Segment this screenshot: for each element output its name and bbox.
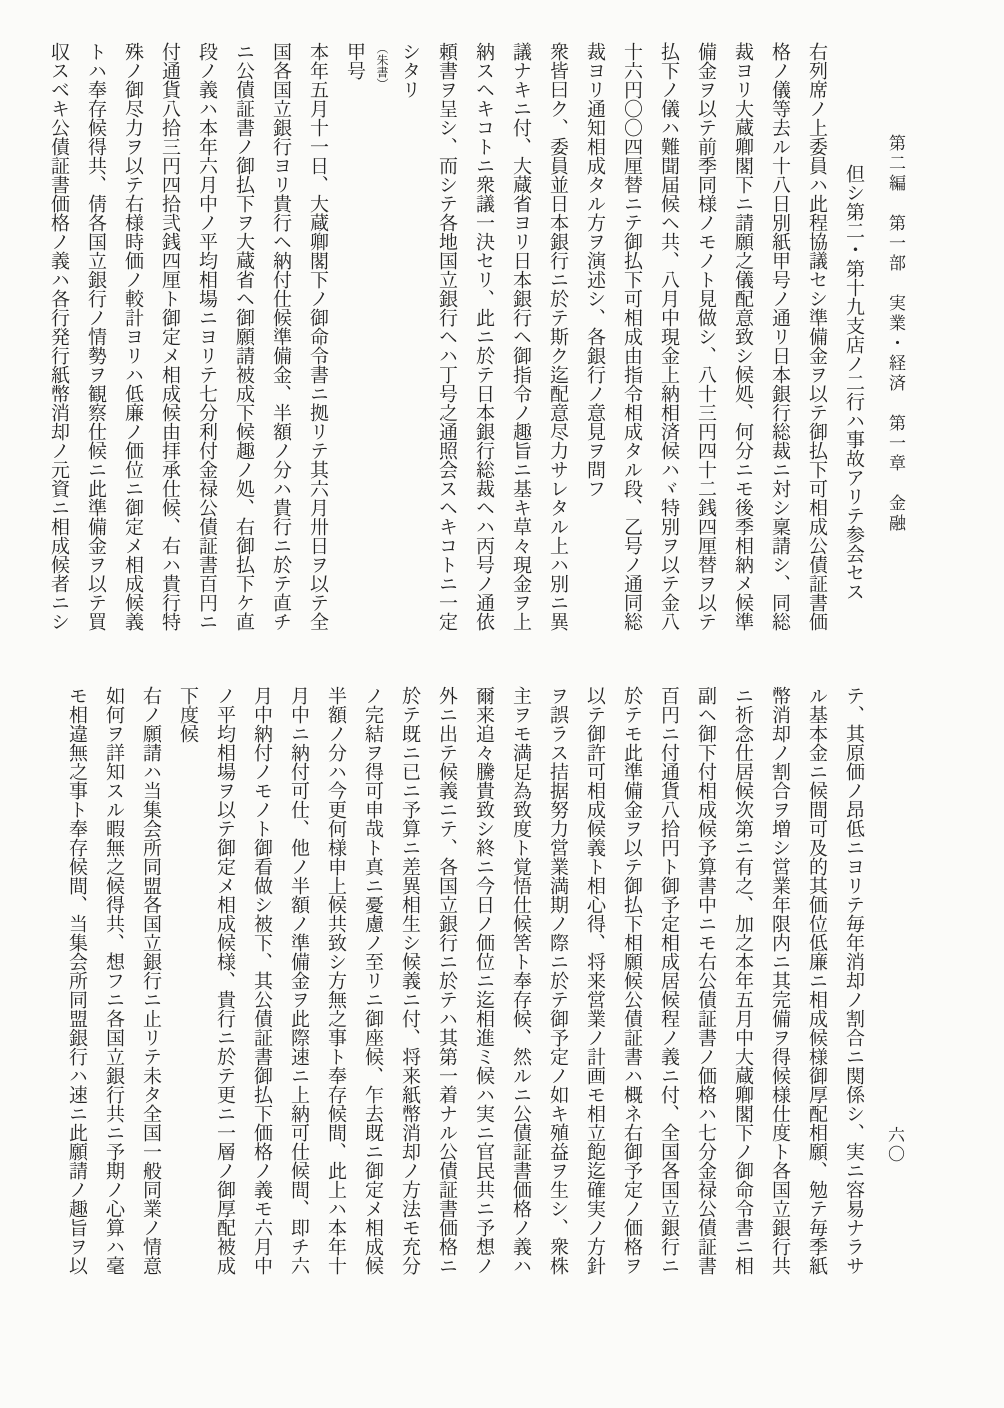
text-column: 如何ヲ詳知スル暇無之候得共、想フニ各国立銀行共ニ予期ノ心算ハ毫 — [95, 686, 132, 1311]
text-column: モ相違無之事ト奉存候間、当集会所同盟銀行ハ速ニ此願請ノ趣旨ヲ以 — [58, 686, 95, 1311]
text-column: 議ナキニ付、大蔵省ヨリ日本銀行ヘ御指令ノ趣旨ニ基キ草々現金ヲ上 — [502, 42, 539, 667]
text-column: ノ平均相場ヲ以テ御定メ相成候様、貴行ニ於テ更ニ一層ノ御厚配被成 — [206, 686, 243, 1311]
text-column: 付通貨八拾三円四拾弐銭四厘ト御定メ相成候由拝承仕候、右ハ貴行特 — [151, 42, 188, 667]
text-column: 十六円〇〇四厘替ニテ御払下可相成由指令相成タル段、乙号ノ通同総 — [613, 42, 650, 667]
text-column: 月中ニ納付可仕、他ノ半額ノ準備金ヲ此際速ニ上納可仕候間、即チ六 — [280, 686, 317, 1311]
text-column-heading: 甲号 — [336, 42, 373, 667]
text-column: 裁ヨリ通知相成タル方ヲ演述シ、各銀行ノ意見ヲ問フ — [576, 42, 613, 667]
text-column: 外ニ出テ候義ニテ、各国立銀行ニ於テハ其第一着ナル公債証書価格ニ — [428, 686, 465, 1311]
text-column: 下度候 — [169, 686, 206, 1311]
text-column: ノ完結ヲ得可申哉ト真ニ憂慮ノ至リニ御座候、乍去既ニ御定メ相成候 — [354, 686, 391, 1311]
text-column: 幣消却ノ割合ヲ増シ営業年限内ニ其完備ヲ得候様仕度ト各国立銀行共 — [761, 686, 798, 1311]
text-column: 衆皆曰ク、委員並日本銀行ニ於テ斯ク迄配意尽力サレタル上ハ別ニ異 — [539, 42, 576, 667]
text-column: 本年五月十一日、大蔵卿閣下ノ御命令書ニ拠リテ其六月卅日ヲ以テ全 — [299, 42, 336, 667]
text-column: 百円ニ付通貨八拾円ト御予定相成居候程ノ義ニ付、全国各国立銀行ニ — [650, 686, 687, 1311]
text-column: シタリ — [391, 42, 428, 667]
text-column: 半額ノ分ハ今更何様申上候共致シ方無之事ト奉存候間、此上ハ本年十 — [317, 686, 354, 1311]
text-column: ニ祈念仕居候次第ニ有之、加之本年五月中大蔵卿閣下ノ御命令書ニ相 — [724, 686, 761, 1311]
text-column: 月中納付ノモノト御看做シ被下、其公債証書御払下価格ノ義モ六月中 — [243, 686, 280, 1311]
text-column: 但シ第二・第十九支店ノ二行ハ事故アリテ参会セス — [835, 42, 872, 667]
text-column: ル基本金ニ候間可及的其価位低廉ニ相成候様御厚配相願、勉テ毎季紙 — [798, 686, 835, 1311]
text-column: 右列席ノ上委員ハ此程協議セシ準備金ヲ以テ御払下可相成公債証書価 — [798, 42, 835, 667]
text-column: 段ノ義ハ本年六月中ノ平均相場ニヨリテ七分利付金禄公債証書百円ニ — [188, 42, 225, 667]
running-head: 第二編 第一部 実業・経済 第一章 金融 — [883, 134, 908, 534]
text-column: 払下ノ儀ハ難聞届候ヘ共、八月中現金上納相済候ハヾ特別ヲ以テ金八 — [650, 42, 687, 667]
text-column: 収スベキ公債証書価格ノ義ハ各行発行紙幣消却ノ元資ニ相成候者ニシ — [40, 42, 77, 667]
text-column: 以テ御許可相成候義ト相心得、将来営業ノ計画モ相立飽迄確実ノ方針 — [576, 686, 613, 1311]
text-column: テ、其原価ノ昂低ニヨリテ毎年消却ノ割合ニ関係シ、実ニ容易ナラサ — [835, 686, 872, 1311]
red-note-annotation: （朱書） — [373, 42, 391, 667]
text-column: 於テモ此準備金ヲ以テ御払下相願候公債証書ハ概ネ右御予定ノ価格ヲ — [613, 686, 650, 1311]
text-column: トハ奉存候得共、倩各国立銀行ノ情勢ヲ観察仕候ニ此準備金ヲ以テ買 — [77, 42, 114, 667]
text-column: 殊ノ御尽力ヲ以テ右様時価ノ較計ヨリハ低廉ノ価位ニ御定メ相成候義 — [114, 42, 151, 667]
text-column: 右ノ願請ハ当集会所同盟各国立銀行ニ止リテ未タ全国一般同業ノ情意 — [132, 686, 169, 1311]
text-column: 於テ既ニ已ニ予算ニ差異相生シ候義ニ付、将来紙幣消却ノ方法モ充分 — [391, 686, 428, 1311]
book-page-scan: 第二編 第一部 実業・経済 第一章 金融 六〇 但シ第二・第十九支店ノ二行ハ事故… — [0, 0, 1004, 1408]
text-column: 格ノ儀等去ル十八日別紙甲号ノ通リ日本銀行総裁ニ対シ稟請シ、同総 — [761, 42, 798, 667]
text-column: ヲ誤ラス拮据努力営業満期ノ際ニ於テ御予定ノ如キ殖益ヲ生シ、衆株 — [539, 686, 576, 1311]
text-column: 副ヘ御下付相成候予算書中ニモ右公債証書ノ価格ハ七分金禄公債証書 — [687, 686, 724, 1311]
text-column: 主ヲモ満足為致度ト覚悟仕候筈ト奉存候、然ルニ公債証書価格ノ義ハ — [502, 686, 539, 1311]
text-column: 裁ヨリ大蔵卿閣下ニ請願之儀配意致シ候処、何分ニモ後季相納メ候準 — [724, 42, 761, 667]
text-column: 爾来追々騰貴致シ終ニ今日ノ価位ニ迄相進ミ候ハ実ニ官民共ニ予想ノ — [465, 686, 502, 1311]
text-column: 備金ヲ以テ前季同様ノモノト見做シ、八十三円四十二銭四厘替ヲ以テ — [687, 42, 724, 667]
lower-text-block: テ、其原価ノ昂低ニヨリテ毎年消却ノ割合ニ関係シ、実ニ容易ナラサ ル基本金ニ候間可… — [58, 686, 872, 1311]
page-number: 六〇 — [882, 1126, 907, 1164]
text-column: 国各国立銀行ヨリ貴行ヘ納付仕候準備金、半額ノ分ハ貴行ニ於テ直チ — [262, 42, 299, 667]
text-column: 納スヘキコトニ衆議一決セリ、此ニ於テ日本銀行総裁ヘハ丙号ノ通依 — [465, 42, 502, 667]
text-column: ニ公債証書ノ御払下ヲ大蔵省ヘ御願請被成下候趣ノ処、右御払下ケ直 — [225, 42, 262, 667]
text-column: 頼書ヲ呈シ、而シテ各地国立銀行ヘハ丁号之通照会スヘキコトニ一定 — [428, 42, 465, 667]
upper-text-block: 但シ第二・第十九支店ノ二行ハ事故アリテ参会セス 右列席ノ上委員ハ此程協議セシ準備… — [40, 42, 872, 667]
